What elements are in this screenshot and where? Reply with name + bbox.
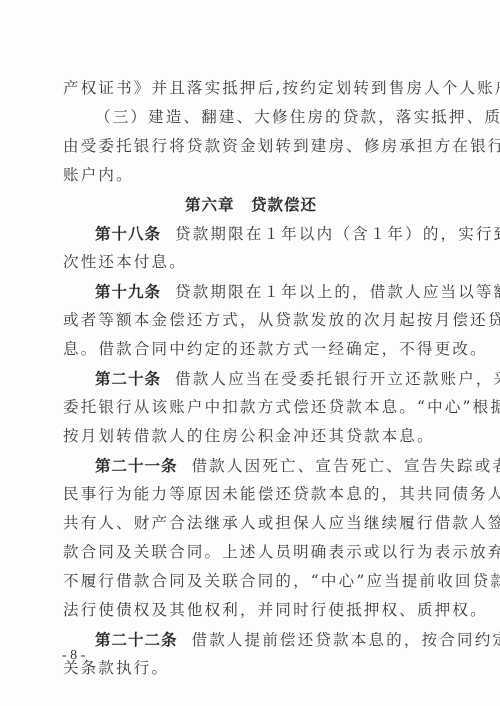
text-line: 由受委托银行将贷款资金划转到建房、修房承担方在银行开设的	[63, 132, 439, 161]
text-line: 产权证书》并且落实抵押后,按约定划转到售房人个人账户；	[63, 74, 439, 103]
text-line: 关条款执行。	[63, 654, 439, 683]
article-21: 第二十一条借款人因死亡、宣告死亡、宣告失踪或者丧失	[63, 451, 439, 480]
article-label: 第二十二条	[95, 630, 178, 649]
text-line: 法行使债权及其他权利，并同时行使抵押权、质押权。	[63, 596, 439, 625]
text-line: （三）建造、翻建、大修住房的贷款，落实抵押、质押之后，	[63, 103, 439, 132]
text-line: 民事行为能力等原因未能偿还贷款本息的，其共同债务人、财产	[63, 480, 439, 509]
text-line: 按月划转借款人的住房公积金冲还其贷款本息。	[63, 422, 439, 451]
text-line: 款合同及关联合同。上述人员明确表示或以行为表示放弃继承、	[63, 538, 439, 567]
text-line: 次性还本付息。	[63, 248, 439, 277]
article-19: 第十九条贷款期限在１年以上的，借款人应当以等额本息	[63, 277, 439, 306]
article-label: 第二十一条	[95, 456, 178, 475]
article-22: 第二十二条借款人提前偿还贷款本息的，按合同约定的有	[63, 625, 439, 654]
article-text: 贷款期限在１年以内（含１年）的，实行到期一	[175, 225, 500, 243]
text-line: 委托银行从该账户中扣款方式偿还贷款本息。“中心”根据约定	[63, 393, 439, 422]
article-label: 第十九条	[95, 282, 161, 301]
text-line: 息。借款合同中约定的还款方式一经确定，不得更改。	[63, 335, 439, 364]
article-label: 第二十条	[95, 369, 161, 388]
article-label: 第十八条	[95, 224, 161, 243]
text-line: 账户内。	[63, 161, 439, 190]
chapter-heading: 第六章 贷款偿还	[63, 190, 439, 219]
article-20: 第二十条借款人应当在受委托银行开立还款账户，采用受	[63, 364, 439, 393]
article-text: 贷款期限在１年以上的，借款人应当以等额本息	[175, 283, 500, 301]
text-line: 共有人、财产合法继承人或担保人应当继续履行借款人签订的借	[63, 509, 439, 538]
article-text: 借款人应当在受委托银行开立还款账户，采用受	[175, 370, 500, 388]
document-page: 产权证书》并且落实抵押后,按约定划转到售房人个人账户； （三）建造、翻建、大修住…	[63, 74, 439, 683]
article-18: 第十八条贷款期限在１年以内（含１年）的，实行到期一	[63, 219, 439, 248]
page-number: - 8 -	[62, 648, 85, 664]
text-line: 或者等额本金偿还方式，从贷款发放的次月起按月偿还贷款本	[63, 306, 439, 335]
article-text: 借款人因死亡、宣告死亡、宣告失踪或者丧失	[192, 457, 500, 475]
text-line: 不履行借款合同及关联合同的，“中心”应当提前收回贷款，依	[63, 567, 439, 596]
article-text: 借款人提前偿还贷款本息的，按合同约定的有	[192, 631, 500, 649]
